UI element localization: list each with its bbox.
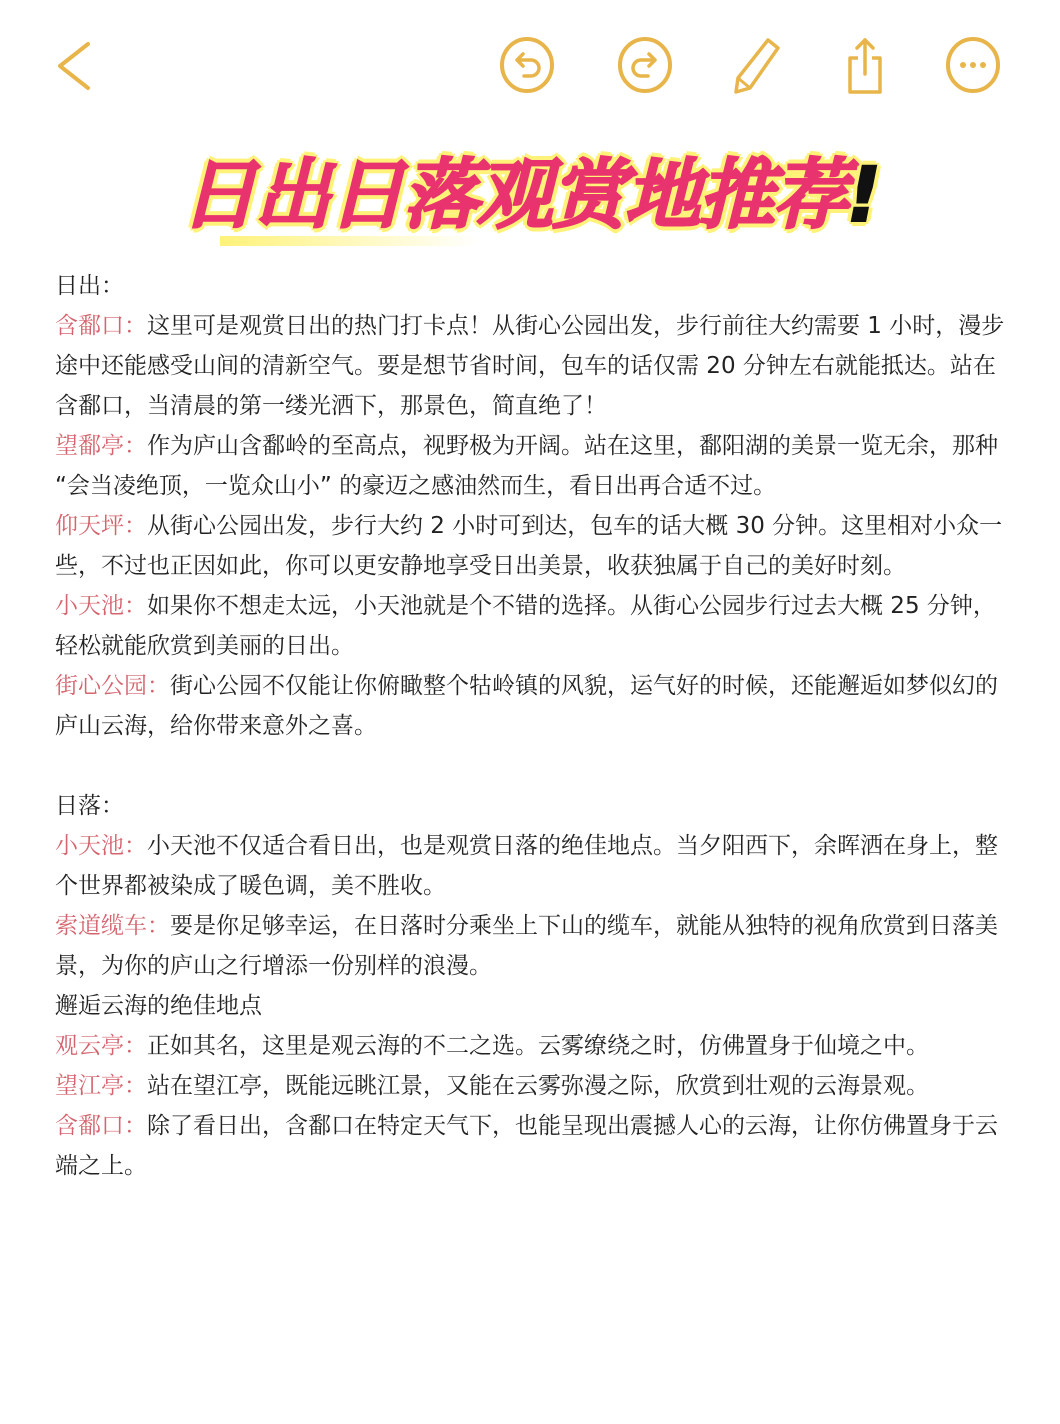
article-body: 日出： 含鄱口：这里可是观赏日出的热门打卡点！从街心公园出发，步行前往大约需要 …: [55, 266, 1015, 1186]
spot-description: 如果你不想走太远，小天池就是个不错的选择。从街心公园步行过去大概 25 分钟，轻…: [55, 593, 996, 659]
list-item: 含鄱口：这里可是观赏日出的热门打卡点！从街心公园出发，步行前往大约需要 1 小时…: [55, 306, 1015, 426]
list-item: 望江亭：站在望江亭，既能远眺江景，又能在云雾弥漫之际，欣赏到壮观的云海景观。: [55, 1066, 1015, 1106]
list-item: 街心公园：街心公园不仅能让你俯瞰整个牯岭镇的风貌，运气好的时候，还能邂逅如梦似幻…: [55, 666, 1015, 746]
list-item: 小天池：如果你不想走太远，小天池就是个不错的选择。从街心公园步行过去大概 25 …: [55, 586, 1015, 666]
spot-description: 小天池不仅适合看日出，也是观赏日落的绝佳地点。当夕阳西下，余晖洒在身上，整个世界…: [55, 833, 998, 899]
list-item: 观云亭：正如其名，这里是观云海的不二之选。云雾缭绕之时，仿佛置身于仙境之中。: [55, 1026, 1015, 1066]
spot-label: 仰天坪：: [55, 513, 147, 539]
page-title: 日出日落观赏地推荐!: [181, 140, 880, 250]
toolbar: [0, 0, 1060, 130]
title-banner: 日出日落观赏地推荐!: [0, 140, 1060, 250]
spot-description: 这里可是观赏日出的热门打卡点！从街心公园出发，步行前往大约需要 1 小时，漫步途…: [55, 313, 1004, 419]
more-button[interactable]: [944, 36, 1002, 94]
spot-description: 要是你足够幸运，在日落时分乘坐上下山的缆车，就能从独特的视角欣赏到日落美景，为你…: [55, 913, 998, 979]
pencil-icon: [728, 36, 786, 94]
list-item: 索道缆车：要是你足够幸运，在日落时分乘坐上下山的缆车，就能从独特的视角欣赏到日落…: [55, 906, 1015, 986]
list-item: 仰天坪：从街心公园出发，步行大约 2 小时可到达，包车的话大概 30 分钟。这里…: [55, 506, 1015, 586]
undo-button[interactable]: [498, 36, 556, 94]
exclamation-mark: !: [847, 150, 880, 239]
list-item: 含鄱口：除了看日出，含鄱口在特定天气下，也能呈现出震撼人心的云海，让你仿佛置身于…: [55, 1106, 1015, 1186]
edit-button[interactable]: [728, 36, 786, 94]
spot-label: 小天池：: [55, 833, 147, 859]
share-button[interactable]: [836, 36, 894, 94]
chevron-left-icon: [48, 36, 106, 94]
spot-label: 望鄱亭：: [55, 433, 147, 459]
back-button[interactable]: [48, 36, 106, 94]
title-underline-decoration: [220, 236, 480, 246]
spot-description: 站在望江亭，既能远眺江景，又能在云雾弥漫之际，欣赏到壮观的云海景观。: [147, 1073, 929, 1099]
list-item: 望鄱亭：作为庐山含鄱岭的至高点，视野极为开阔。站在这里，鄱阳湖的美景一览无余，那…: [55, 426, 1015, 506]
spot-description: 街心公园不仅能让你俯瞰整个牯岭镇的风貌，运气好的时候，还能邂逅如梦似幻的庐山云海…: [55, 673, 998, 739]
list-item: 小天池：小天池不仅适合看日出，也是观赏日落的绝佳地点。当夕阳西下，余晖洒在身上，…: [55, 826, 1015, 906]
spot-label: 含鄱口：: [55, 313, 147, 339]
spot-description: 作为庐山含鄱岭的至高点，视野极为开阔。站在这里，鄱阳湖的美景一览无余，那种 “会…: [55, 433, 998, 499]
spot-label: 观云亭：: [55, 1033, 147, 1059]
spot-description: 正如其名，这里是观云海的不二之选。云雾缭绕之时，仿佛置身于仙境之中。: [147, 1033, 929, 1059]
spot-label: 望江亭：: [55, 1073, 147, 1099]
spot-description: 除了看日出，含鄱口在特定天气下，也能呈现出震撼人心的云海，让你仿佛置身于云端之上…: [55, 1113, 998, 1179]
spot-label: 索道缆车：: [55, 913, 170, 939]
redo-icon: [616, 36, 674, 94]
more-icon: [944, 36, 1002, 94]
spot-label: 小天池：: [55, 593, 147, 619]
spot-label: 含鄱口：: [55, 1113, 147, 1139]
spacer: [55, 746, 1015, 786]
spot-label: 街心公园：: [55, 673, 170, 699]
share-icon: [836, 36, 894, 94]
undo-icon: [498, 36, 556, 94]
section-heading-sunset: 日落：: [55, 786, 1015, 826]
spot-description: 从街心公园出发，步行大约 2 小时可到达，包车的话大概 30 分钟。这里相对小众…: [55, 513, 1002, 579]
section-heading-cloud-sea: 邂逅云海的绝佳地点: [55, 986, 1015, 1026]
redo-button[interactable]: [616, 36, 674, 94]
section-heading-sunrise: 日出：: [55, 266, 1015, 306]
